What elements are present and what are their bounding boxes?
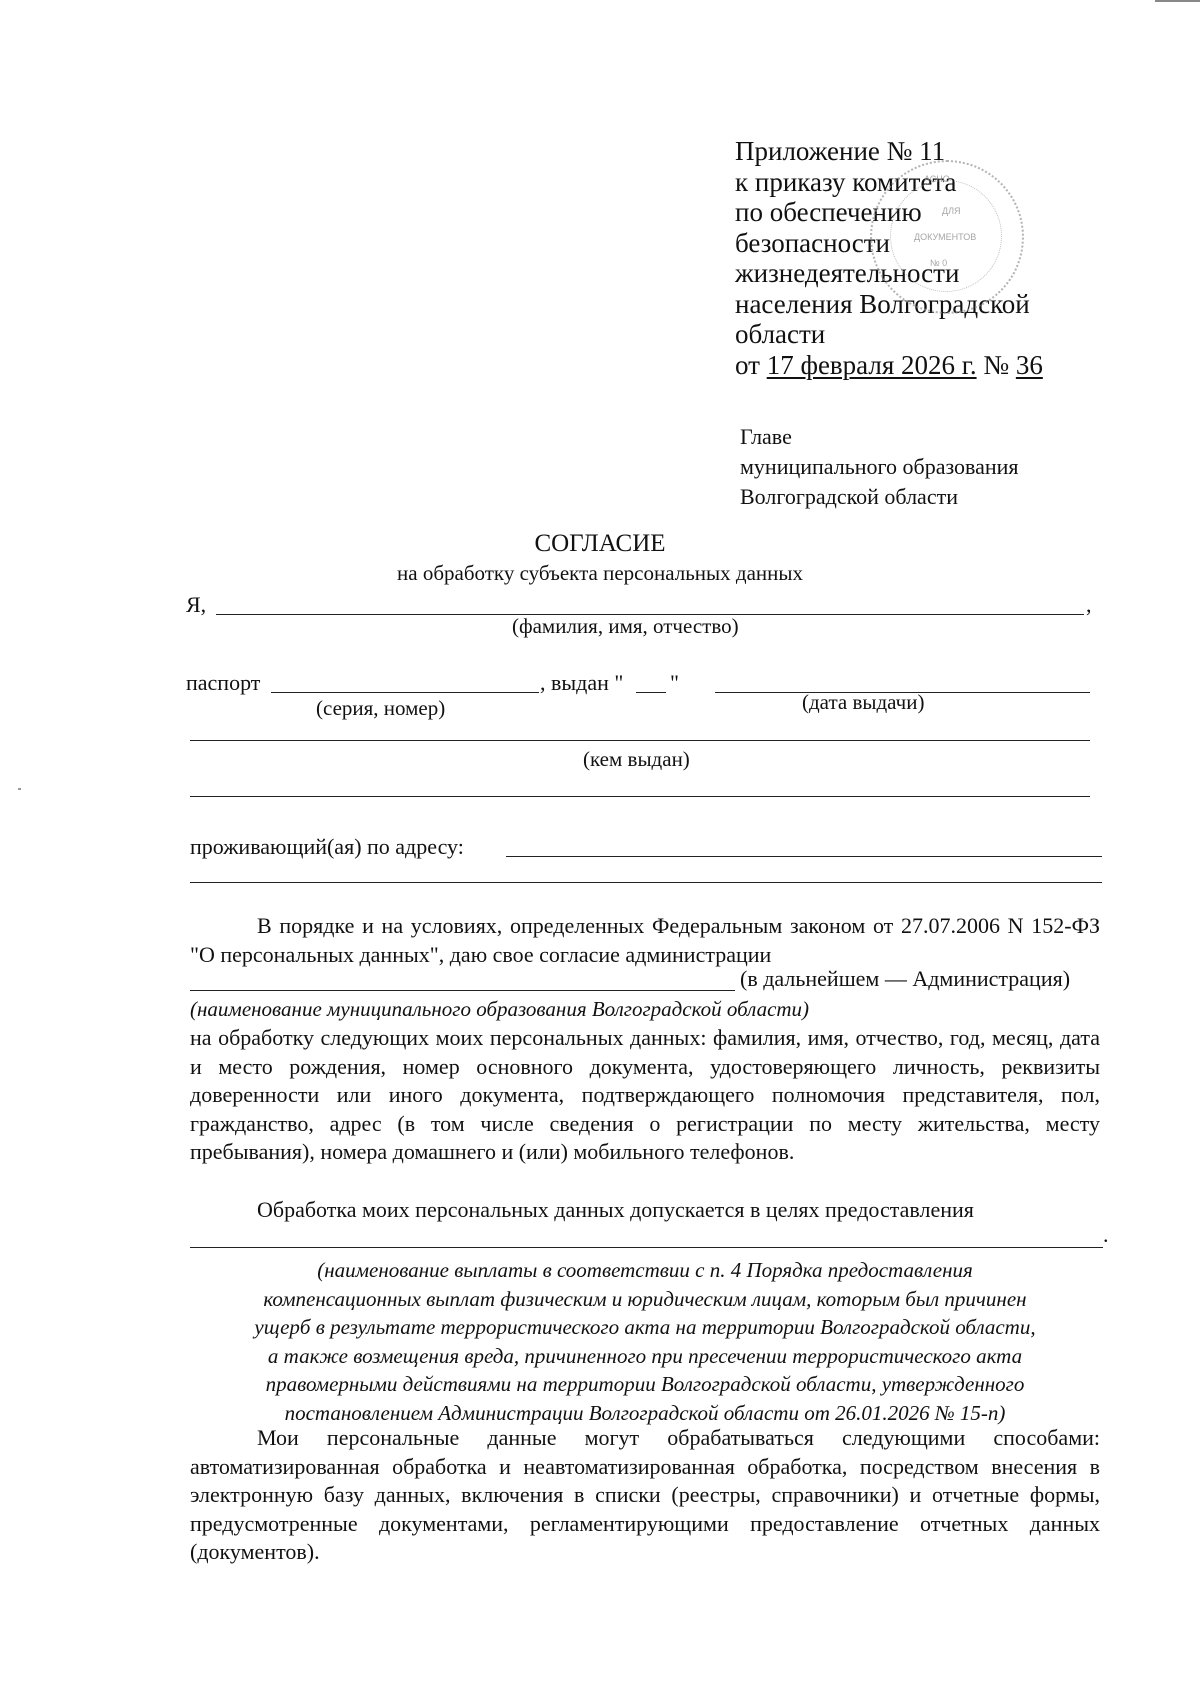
issuer-field-continued[interactable] [190, 796, 1090, 797]
document-title: СОГЛАСИЕ [0, 530, 1200, 558]
passport-label: паспорт [186, 670, 260, 696]
issuer-hint: (кем выдан) [583, 747, 690, 772]
order-date: 17 февраля 2026 г. [767, 350, 977, 380]
address-field-continued[interactable] [190, 882, 1102, 883]
addressee-block: Главе муниципального образования Волгогр… [740, 422, 1019, 512]
consent-paragraph-methods: Мои персональные данные могут обрабатыва… [190, 1424, 1100, 1567]
addressee-line: Волгоградской области [740, 482, 1019, 512]
seal-stamp: АСНО ДЛЯ ДОКУМЕНТОВ № 0 [870, 160, 1024, 314]
i-end-comma: , [1086, 592, 1092, 618]
scan-speck [18, 788, 21, 790]
payment-hint-line: ущерб в результате террористического акт… [190, 1313, 1100, 1342]
addressee-line: муниципального образования [740, 452, 1019, 482]
issuer-field[interactable] [190, 740, 1090, 741]
payment-hint: (наименование выплаты в соответствии с п… [190, 1256, 1100, 1427]
issue-date-hint: (дата выдачи) [802, 690, 924, 715]
consent-paragraph-data-list: на обработку следующих моих персональных… [190, 1024, 1100, 1167]
issued-label: , выдан " [540, 670, 623, 696]
payment-hint-line: (наименование выплаты в соответствии с п… [190, 1256, 1100, 1285]
document-subtitle: на обработку субъекта персональных данны… [0, 561, 1200, 586]
address-field[interactable] [506, 856, 1102, 857]
number-prefix: № [977, 350, 1016, 380]
date-prefix: от [735, 350, 767, 380]
i-label: Я, [186, 592, 206, 618]
stamp-text: АСНО [924, 174, 950, 184]
issue-day-field[interactable] [636, 692, 666, 693]
issued-quote-close: " [670, 670, 679, 696]
addressee-line: Главе [740, 422, 1019, 452]
order-number: 36 [1016, 350, 1043, 380]
stamp-text: № 0 [930, 258, 947, 268]
fio-hint: (фамилия, имя, отчество) [512, 614, 739, 639]
order-date-line: от 17 февраля 2026 г. № 36 [735, 350, 1043, 381]
municipality-hint: (наименование муниципального образования… [190, 995, 809, 1024]
series-number-hint: (серия, номер) [316, 696, 445, 721]
appendix-line: области [735, 319, 1043, 350]
passport-series-number-field[interactable] [271, 692, 539, 693]
admin-suffix: (в дальнейшем — Администрация) [740, 966, 1070, 992]
scan-edge-mark [1155, 0, 1200, 2]
municipality-name-field[interactable] [190, 990, 735, 991]
stamp-text: ДЛЯ [942, 206, 961, 216]
consent-paragraph-law: В порядке и на условиях, определенных Фе… [190, 912, 1100, 969]
payment-hint-line: компенсационных выплат физическим и юрид… [190, 1285, 1100, 1314]
payment-hint-line: а также возмещения вреда, причиненного п… [190, 1342, 1100, 1371]
purpose-end-period: . [1103, 1222, 1109, 1248]
appendix-line: Приложение № 11 [735, 136, 1043, 167]
payment-name-field[interactable] [190, 1247, 1103, 1248]
stamp-text: ДОКУМЕНТОВ [914, 232, 976, 242]
payment-hint-line: постановлением Администрации Волгоградск… [190, 1399, 1100, 1428]
consent-paragraph-purpose: Обработка моих персональных данных допус… [190, 1196, 1100, 1225]
payment-hint-line: правомерными действиями на территории Во… [190, 1370, 1100, 1399]
address-label: проживающий(ая) по адресу: [190, 834, 464, 860]
